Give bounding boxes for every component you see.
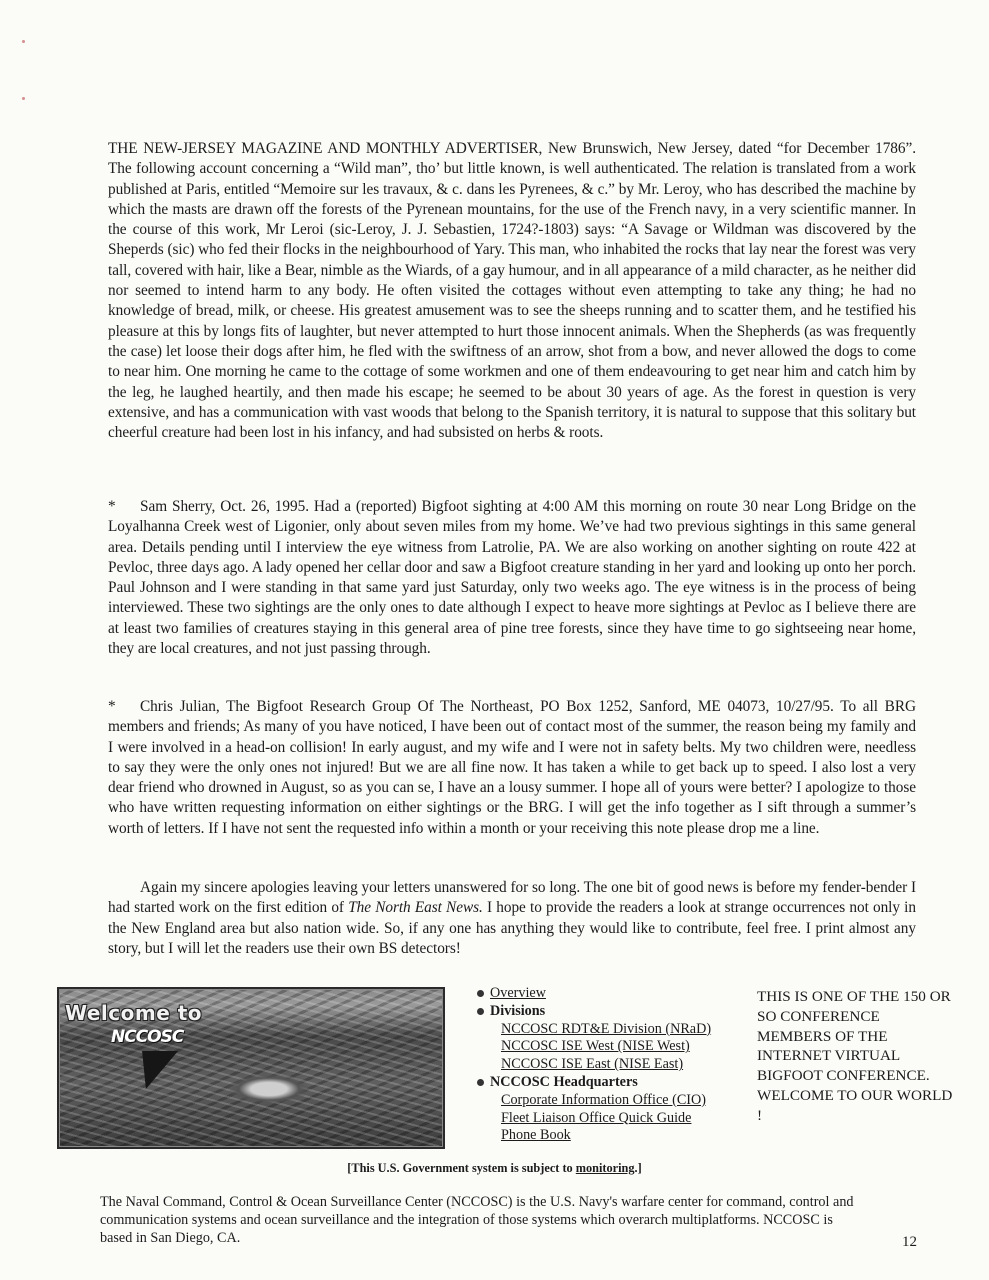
paragraph-text: Sam Sherry, Oct. 26, 1995. Had a (report… (108, 498, 916, 657)
nav-item-headquarters: NCCOSC Headquarters (473, 1074, 711, 1092)
nccosc-nav-list: Overview Divisions NCCOSC RDT&E Division… (473, 985, 711, 1145)
overview-link[interactable]: Overview (490, 985, 546, 1001)
nccosc-logo-mark-icon (132, 1051, 178, 1089)
nccosc-description: The Naval Command, Control & Ocean Surve… (100, 1193, 860, 1248)
article-paragraph-wildman: THE NEW-JERSEY MAGAZINE AND MONTHLY ADVE… (108, 139, 916, 443)
bullet-icon (477, 1008, 484, 1015)
notice-text: [This U.S. Government system is subject … (347, 1161, 576, 1175)
bullet-icon (477, 990, 484, 997)
fleet-liaison-guide-link[interactable]: Fleet Liaison Office Quick Guide (501, 1110, 691, 1126)
bullet-asterisk: * (108, 697, 140, 717)
bullet-icon (477, 1079, 484, 1086)
nav-item-overview: Overview (473, 985, 711, 1003)
nise-west-link[interactable]: NCCOSC ISE West (NISE West) (501, 1038, 690, 1054)
nrad-division-link[interactable]: NCCOSC RDT&E Division (NRaD) (501, 1021, 711, 1037)
page-number: 12 (902, 1234, 917, 1251)
nccosc-welcome-banner: Welcome to NCCOSC (57, 987, 445, 1149)
article-paragraph-apologies: Again my sincere apologies leaving your … (108, 878, 916, 959)
monitoring-link[interactable]: monitoring (576, 1161, 635, 1175)
conference-member-note: THIS IS ONE OF THE 150 OR SO CONFERENCE … (757, 987, 957, 1126)
bullet-asterisk: * (108, 497, 140, 517)
nav-item-divisions: Divisions (473, 1003, 711, 1021)
margin-speck (22, 40, 25, 43)
paragraph-text: Chris Julian, The Bigfoot Research Group… (108, 698, 916, 837)
article-paragraph-sam-sherry: *Sam Sherry, Oct. 26, 1995. Had a (repor… (108, 497, 916, 659)
margin-speck (22, 97, 25, 100)
monitoring-notice: [This U.S. Government system is subject … (0, 1161, 989, 1176)
phone-book-link[interactable]: Phone Book (501, 1127, 571, 1143)
newsletter-title: The North East News. (348, 899, 483, 916)
headquarters-heading: NCCOSC Headquarters (490, 1074, 638, 1090)
cio-link[interactable]: Corporate Information Office (CIO) (501, 1092, 706, 1108)
banner-welcome-text: Welcome to (65, 1001, 202, 1025)
notice-text-end: .] (635, 1161, 642, 1175)
nccosc-logo: NCCOSC (111, 1027, 183, 1047)
nise-east-link[interactable]: NCCOSC ISE East (NISE East) (501, 1056, 683, 1072)
divisions-heading: Divisions (490, 1003, 545, 1019)
article-paragraph-chris-julian: *Chris Julian, The Bigfoot Research Grou… (108, 697, 916, 839)
